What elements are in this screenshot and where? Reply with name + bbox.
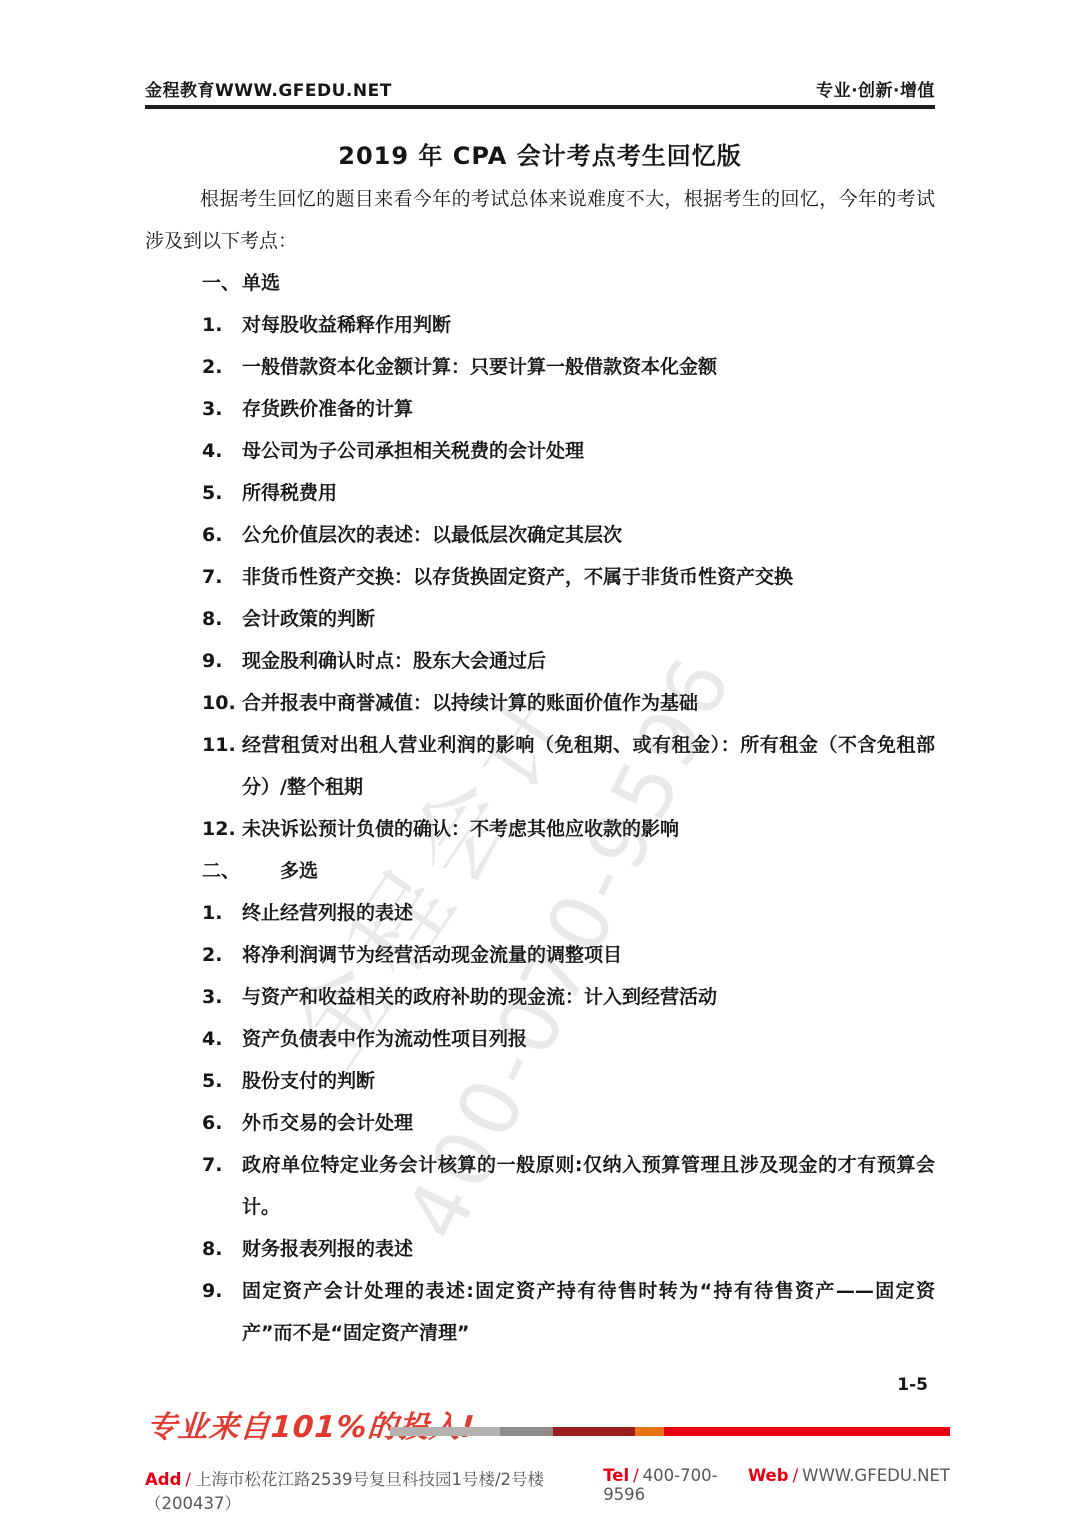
list-item: 9. 现金股利确认时点：股东大会通过后 (145, 640, 935, 682)
list-item: 2. 将净利润调节为经营活动现金流量的调整项目 (145, 934, 935, 976)
bar-segment (664, 1427, 950, 1436)
list-item: 10. 合并报表中商誉减值：以持续计算的账面价值作为基础 (145, 682, 935, 724)
section-heading-single-choice: 一、单选 (145, 262, 935, 304)
bar-segment (500, 1427, 553, 1436)
footer-contact: Add/上海市松花江路2539号复旦科技园1号楼/2号楼（200437） Tel… (145, 1466, 950, 1514)
footer-tel: Tel/400-700-9596 (603, 1466, 748, 1514)
intro-paragraph: 根据考生回忆的题目来看今年的考试总体来说难度不大，根据考生的回忆，今年的考试涉及… (145, 178, 935, 262)
page-title: 2019 年 CPA 会计考点考生回忆版 (145, 136, 935, 171)
list-item: 1. 终止经营列报的表述 (145, 892, 935, 934)
list-item: 2. 一般借款资本化金额计算：只要计算一般借款资本化金额 (145, 346, 935, 388)
list-item: 8. 财务报表列报的表述 (145, 1228, 935, 1270)
document-page: 金程会计 400-070-9596 金程教育WWW.GFEDU.NET 专业·创… (0, 0, 1080, 1537)
header-motto: 专业·创新·增值 (816, 76, 935, 101)
list-item: 7. 政府单位特定业务会计核算的一般原则:仅纳入预算管理且涉及现金的才有预算会计… (145, 1144, 935, 1228)
section-label: 多选 (280, 860, 318, 882)
list-item: 8. 会计政策的判断 (145, 598, 935, 640)
header-brand: 金程教育WWW.GFEDU.NET (145, 76, 392, 101)
page-header: 金程教育WWW.GFEDU.NET 专业·创新·增值 (145, 76, 935, 109)
bar-segment (553, 1427, 635, 1436)
bar-segment (635, 1427, 664, 1436)
list-item: 7. 非货币性资产交换：以存货换固定资产，不属于非货币性资产交换 (145, 556, 935, 598)
list-item: 3. 存货跌价准备的计算 (145, 388, 935, 430)
section-marker: 一、 (202, 272, 240, 294)
bar-segment (390, 1427, 500, 1436)
section-marker: 二、 (202, 860, 240, 882)
list-item: 4. 母公司为子公司承担相关税费的会计处理 (145, 430, 935, 472)
footer-address: Add/上海市松花江路2539号复旦科技园1号楼/2号楼（200437） (145, 1466, 603, 1514)
list-item: 5. 所得税费用 (145, 472, 935, 514)
page-number: 1-5 (897, 1375, 928, 1395)
list-item: 6. 外币交易的会计处理 (145, 1102, 935, 1144)
list-item: 5. 股份支付的判断 (145, 1060, 935, 1102)
list-item: 11. 经营租赁对出租人营业利润的影响（免租期、或有租金）：所有租金（不含免租部… (145, 724, 935, 808)
footer-web: Web/WWW.GFEDU.NET (748, 1466, 950, 1514)
list-item: 1. 对每股收益稀释作用判断 (145, 304, 935, 346)
list-item: 3. 与资产和收益相关的政府补助的现金流：计入到经营活动 (145, 976, 935, 1018)
document-body: 根据考生回忆的题目来看今年的考试总体来说难度不大，根据考生的回忆，今年的考试涉及… (145, 178, 935, 1354)
section-label: 单选 (242, 272, 280, 294)
footer-slogan: 专业来自101%的投入! (145, 1402, 476, 1446)
section-heading-multi-choice: 二、多选 (145, 850, 935, 892)
list-item: 4. 资产负债表中作为流动性项目列报 (145, 1018, 935, 1060)
list-item: 12. 未决诉讼预计负债的确认：不考虑其他应收款的影响 (145, 808, 935, 850)
list-item: 6. 公允价值层次的表述：以最低层次确定其层次 (145, 514, 935, 556)
list-item: 9. 固定资产会计处理的表述:固定资产持有待售时转为“持有待售资产——固定资产”… (145, 1270, 935, 1354)
footer-color-bar (390, 1427, 950, 1436)
